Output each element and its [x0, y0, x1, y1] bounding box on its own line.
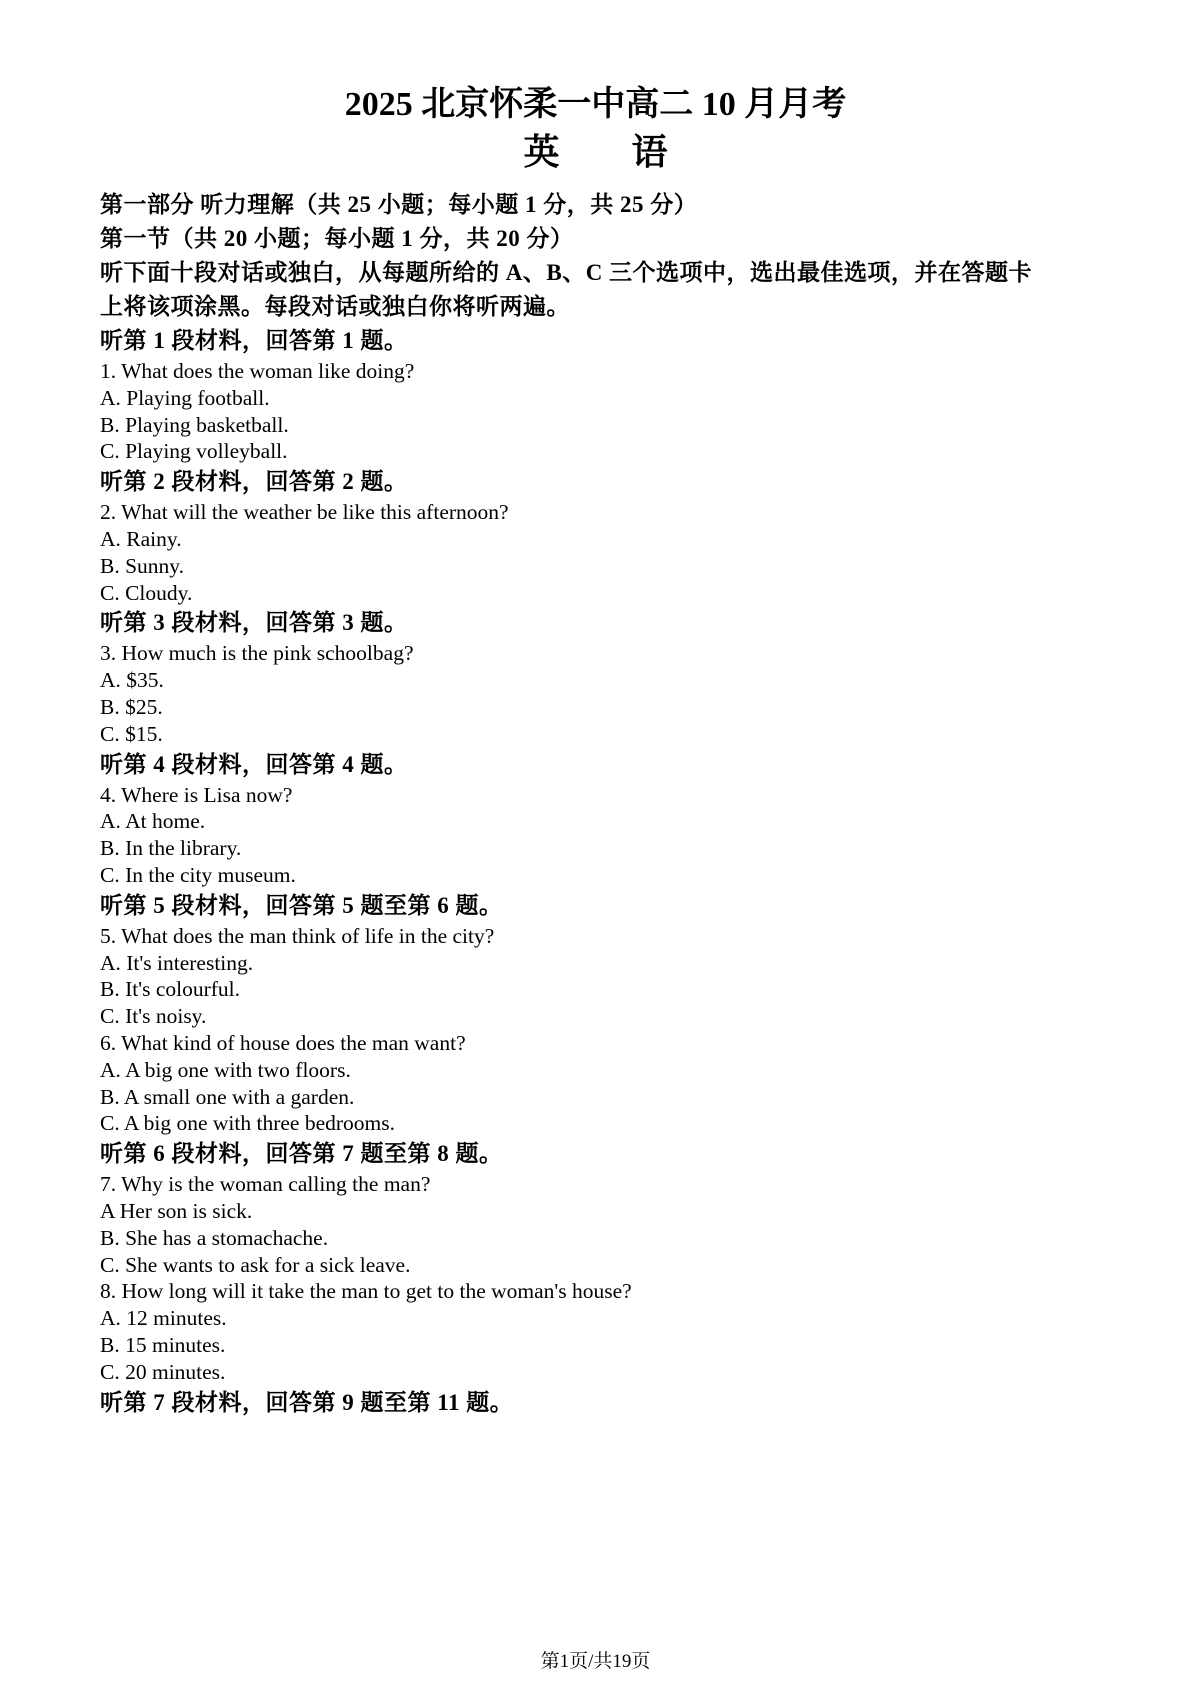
question-stem-5: 5. What does the man think of life in th…: [100, 923, 1095, 950]
instructions-line2: 上将该项涂黑。每段对话或独白你将听两遍。: [100, 290, 1095, 324]
page-title: 2025 北京怀柔一中高二 10 月月考: [0, 0, 1191, 126]
question-stem-3: 3. How much is the pink schoolbag?: [100, 640, 1095, 667]
material-header-6: 听第 6 段材料，回答第 7 题至第 8 题。: [100, 1137, 1095, 1171]
section1-header: 第一节（共 20 小题；每小题 1 分，共 20 分）: [100, 222, 1095, 256]
question-stem-8: 8. How long will it take the man to get …: [100, 1278, 1095, 1305]
question-7-option-a: A Her son is sick.: [100, 1198, 1095, 1225]
question-7-option-b: B. She has a stomachache.: [100, 1225, 1095, 1252]
question-3-option-a: A. $35.: [100, 667, 1095, 694]
question-1-option-c: C. Playing volleyball.: [100, 438, 1095, 465]
question-6-option-c: C. A big one with three bedrooms.: [100, 1110, 1095, 1137]
material-header-7: 听第 7 段材料，回答第 9 题至第 11 题。: [100, 1386, 1095, 1420]
material-header-1: 听第 1 段材料，回答第 1 题。: [100, 324, 1095, 358]
question-stem-7: 7. Why is the woman calling the man?: [100, 1171, 1095, 1198]
question-4-option-c: C. In the city museum.: [100, 862, 1095, 889]
material-header-2: 听第 2 段材料，回答第 2 题。: [100, 465, 1095, 499]
question-5-option-c: C. It's noisy.: [100, 1003, 1095, 1030]
instructions-line1: 听下面十段对话或独白，从每题所给的 A、B、C 三个选项中，选出最佳选项，并在答…: [100, 256, 1095, 290]
material-header-5: 听第 5 段材料，回答第 5 题至第 6 题。: [100, 889, 1095, 923]
exam-page: 2025 北京怀柔一中高二 10 月月考 英 语 第一部分 听力理解（共 25 …: [0, 0, 1191, 1684]
question-stem-4: 4. Where is Lisa now?: [100, 782, 1095, 809]
question-3-option-c: C. $15.: [100, 721, 1095, 748]
question-1-option-a: A. Playing football.: [100, 385, 1095, 412]
page-footer: 第1页/共19页: [0, 1650, 1191, 1674]
material-header-4: 听第 4 段材料，回答第 4 题。: [100, 748, 1095, 782]
question-5-option-b: B. It's colourful.: [100, 976, 1095, 1003]
question-8-option-c: C. 20 minutes.: [100, 1359, 1095, 1386]
question-6-option-a: A. A big one with two floors.: [100, 1057, 1095, 1084]
question-4-option-b: B. In the library.: [100, 835, 1095, 862]
page-subtitle: 英 语: [0, 126, 1191, 178]
question-stem-1: 1. What does the woman like doing?: [100, 358, 1095, 385]
question-8-option-a: A. 12 minutes.: [100, 1305, 1095, 1332]
question-6-option-b: B. A small one with a garden.: [100, 1084, 1095, 1111]
question-4-option-a: A. At home.: [100, 808, 1095, 835]
part1-header: 第一部分 听力理解（共 25 小题；每小题 1 分，共 25 分）: [100, 188, 1095, 222]
question-1-option-b: B. Playing basketball.: [100, 412, 1095, 439]
question-3-option-b: B. $25.: [100, 694, 1095, 721]
question-2-option-b: B. Sunny.: [100, 553, 1095, 580]
question-2-option-c: C. Cloudy.: [100, 580, 1095, 607]
question-5-option-a: A. It's interesting.: [100, 950, 1095, 977]
material-header-3: 听第 3 段材料，回答第 3 题。: [100, 606, 1095, 640]
question-stem-6: 6. What kind of house does the man want?: [100, 1030, 1095, 1057]
exam-body: 第一部分 听力理解（共 25 小题；每小题 1 分，共 25 分） 第一节（共 …: [100, 188, 1095, 1420]
question-2-option-a: A. Rainy.: [100, 526, 1095, 553]
question-8-option-b: B. 15 minutes.: [100, 1332, 1095, 1359]
question-stem-2: 2. What will the weather be like this af…: [100, 499, 1095, 526]
question-7-option-c: C. She wants to ask for a sick leave.: [100, 1252, 1095, 1279]
